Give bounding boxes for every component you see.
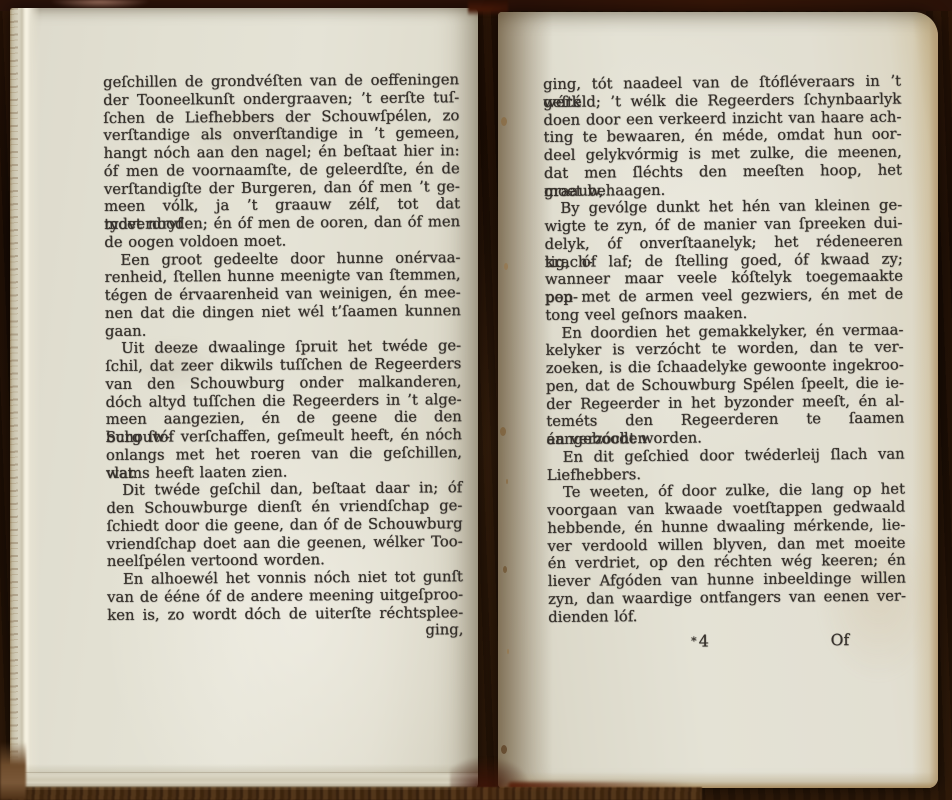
text-line: teméts den Regeerderen te ſaamen aangebo… xyxy=(546,410,904,431)
right-page-text-block: ging, tót naadeel van de ſtófléveraars i… xyxy=(543,73,906,627)
catchword: Of xyxy=(831,632,850,650)
text-line: En dit geſchied door twéderleij ſlach va… xyxy=(547,445,905,466)
text-line: zyn, dan waardige ontfangers van eenen v… xyxy=(548,587,906,608)
text-line: moet nooden; én óf men de ooren, dan óf … xyxy=(104,213,460,234)
text-line: van de ééne óf de andere meening uitgeſp… xyxy=(107,586,463,607)
left-page-text-block: geſchillen de grondvéſten van de oeffeni… xyxy=(103,71,463,642)
left-page-fore-edge-speckle xyxy=(10,8,18,790)
signature-line: *4 Of xyxy=(543,624,901,647)
deckle-spots xyxy=(501,117,507,126)
text-line: óf men de voornaamſte, de geleerdſte, én… xyxy=(104,160,460,181)
right-page: ging, tót naadeel van de ſtófléveraars i… xyxy=(498,12,938,788)
table-surface-bottom xyxy=(12,787,702,800)
text-line: ging, xyxy=(107,621,463,642)
signature-mark: * xyxy=(691,635,699,648)
text-line: nen dat die dingen niet wél t’ſaamen kun… xyxy=(105,302,461,323)
table-corner-highlight xyxy=(0,742,26,800)
text-line: onlangs met het roeren van die geſchille… xyxy=(106,444,462,465)
text-line: der Tooneelkunſt ondergraaven; ’t eerſte… xyxy=(103,89,459,110)
text-line: ſchiedt door die geene, dan óf de Schouw… xyxy=(106,515,462,536)
text-line: vriendſchap doet aan die geenen, wélker … xyxy=(107,533,463,554)
signature-number: 4 xyxy=(699,631,709,650)
text-line: pen met de armen veel gezwiers, én met d… xyxy=(545,286,903,307)
text-line: dat men ſléchts den meeſten hoop, het gr… xyxy=(544,161,902,182)
text-line: van den Schouwburg onder malkanderen, xyxy=(105,373,461,394)
right-page-fore-edge-tint xyxy=(912,12,938,788)
text-line: ken is, zo wordt dóch de uiterſte réchts… xyxy=(107,604,463,625)
left-page: geſchillen de grondvéſten van de oeffeni… xyxy=(10,8,478,790)
signature-group: *4 xyxy=(691,632,709,651)
